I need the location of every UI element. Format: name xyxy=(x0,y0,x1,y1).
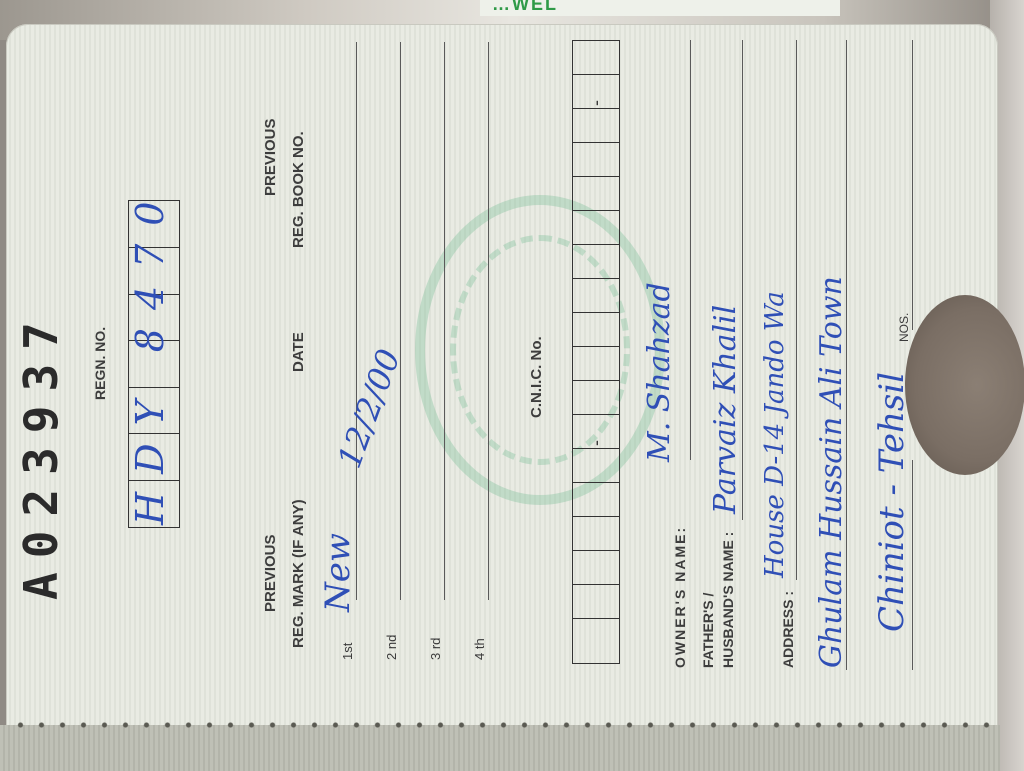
address-line1-value: House D-14 Jando Wa xyxy=(760,291,790,578)
address-line-1 xyxy=(796,40,797,580)
background-sticker: …WEL xyxy=(480,0,840,16)
address-line2-value: Ghulam Hussain Ali Town xyxy=(814,276,849,668)
page-notch xyxy=(905,295,1024,475)
serial-number: A023937 xyxy=(14,308,68,600)
cnic-separator-1: - xyxy=(586,100,607,106)
book-cover-edge xyxy=(0,725,1000,771)
row-ordinal-2: 2 nd xyxy=(384,635,399,660)
history-line-4 xyxy=(488,42,489,600)
row-ordinal-4: 4 th xyxy=(472,638,487,660)
row1-reg-mark: New xyxy=(318,533,358,612)
address-line3-value: Chiniot - Tehsil xyxy=(872,372,912,632)
cnic-boxes[interactable] xyxy=(572,40,620,664)
previous-reg-mark-label-2: REG. MARK (IF ANY) xyxy=(290,499,307,648)
previous-book-label-1: PREVIOUS xyxy=(262,118,279,196)
address-line-3a xyxy=(912,40,913,330)
cnic-separator-2: - xyxy=(586,440,607,446)
cnic-label: C.N.I.C. No. xyxy=(528,336,545,418)
row-ordinal-3: 3 rd xyxy=(428,638,443,660)
previous-book-label-2: REG. BOOK NO. xyxy=(290,131,307,248)
father-label-1: FATHER'S / xyxy=(700,593,716,668)
owner-line xyxy=(690,40,691,460)
previous-reg-mark-label-1: PREVIOUS xyxy=(262,534,279,612)
history-line-3 xyxy=(444,42,445,600)
nos-label: NOS. xyxy=(897,313,911,342)
history-line-2 xyxy=(400,42,401,600)
father-label-2: HUSBAND'S NAME : xyxy=(720,532,736,668)
address-label: ADDRESS : xyxy=(780,591,796,668)
sticker-text: …WEL xyxy=(492,0,558,15)
history-line-1 xyxy=(356,42,357,600)
date-label: DATE xyxy=(290,332,307,372)
stitching xyxy=(10,721,990,729)
father-name-value: Parvaiz Khalil xyxy=(708,305,743,514)
regn-label: REGN. NO. xyxy=(92,327,108,400)
owner-name-label: OWNER'S NAME: xyxy=(672,526,688,668)
row-ordinal-1: 1st xyxy=(340,643,355,660)
address-line-3b xyxy=(912,460,913,670)
regn-number-value: HDY 8470 xyxy=(128,184,172,525)
owner-name-value: M. Shahzad xyxy=(642,282,677,462)
